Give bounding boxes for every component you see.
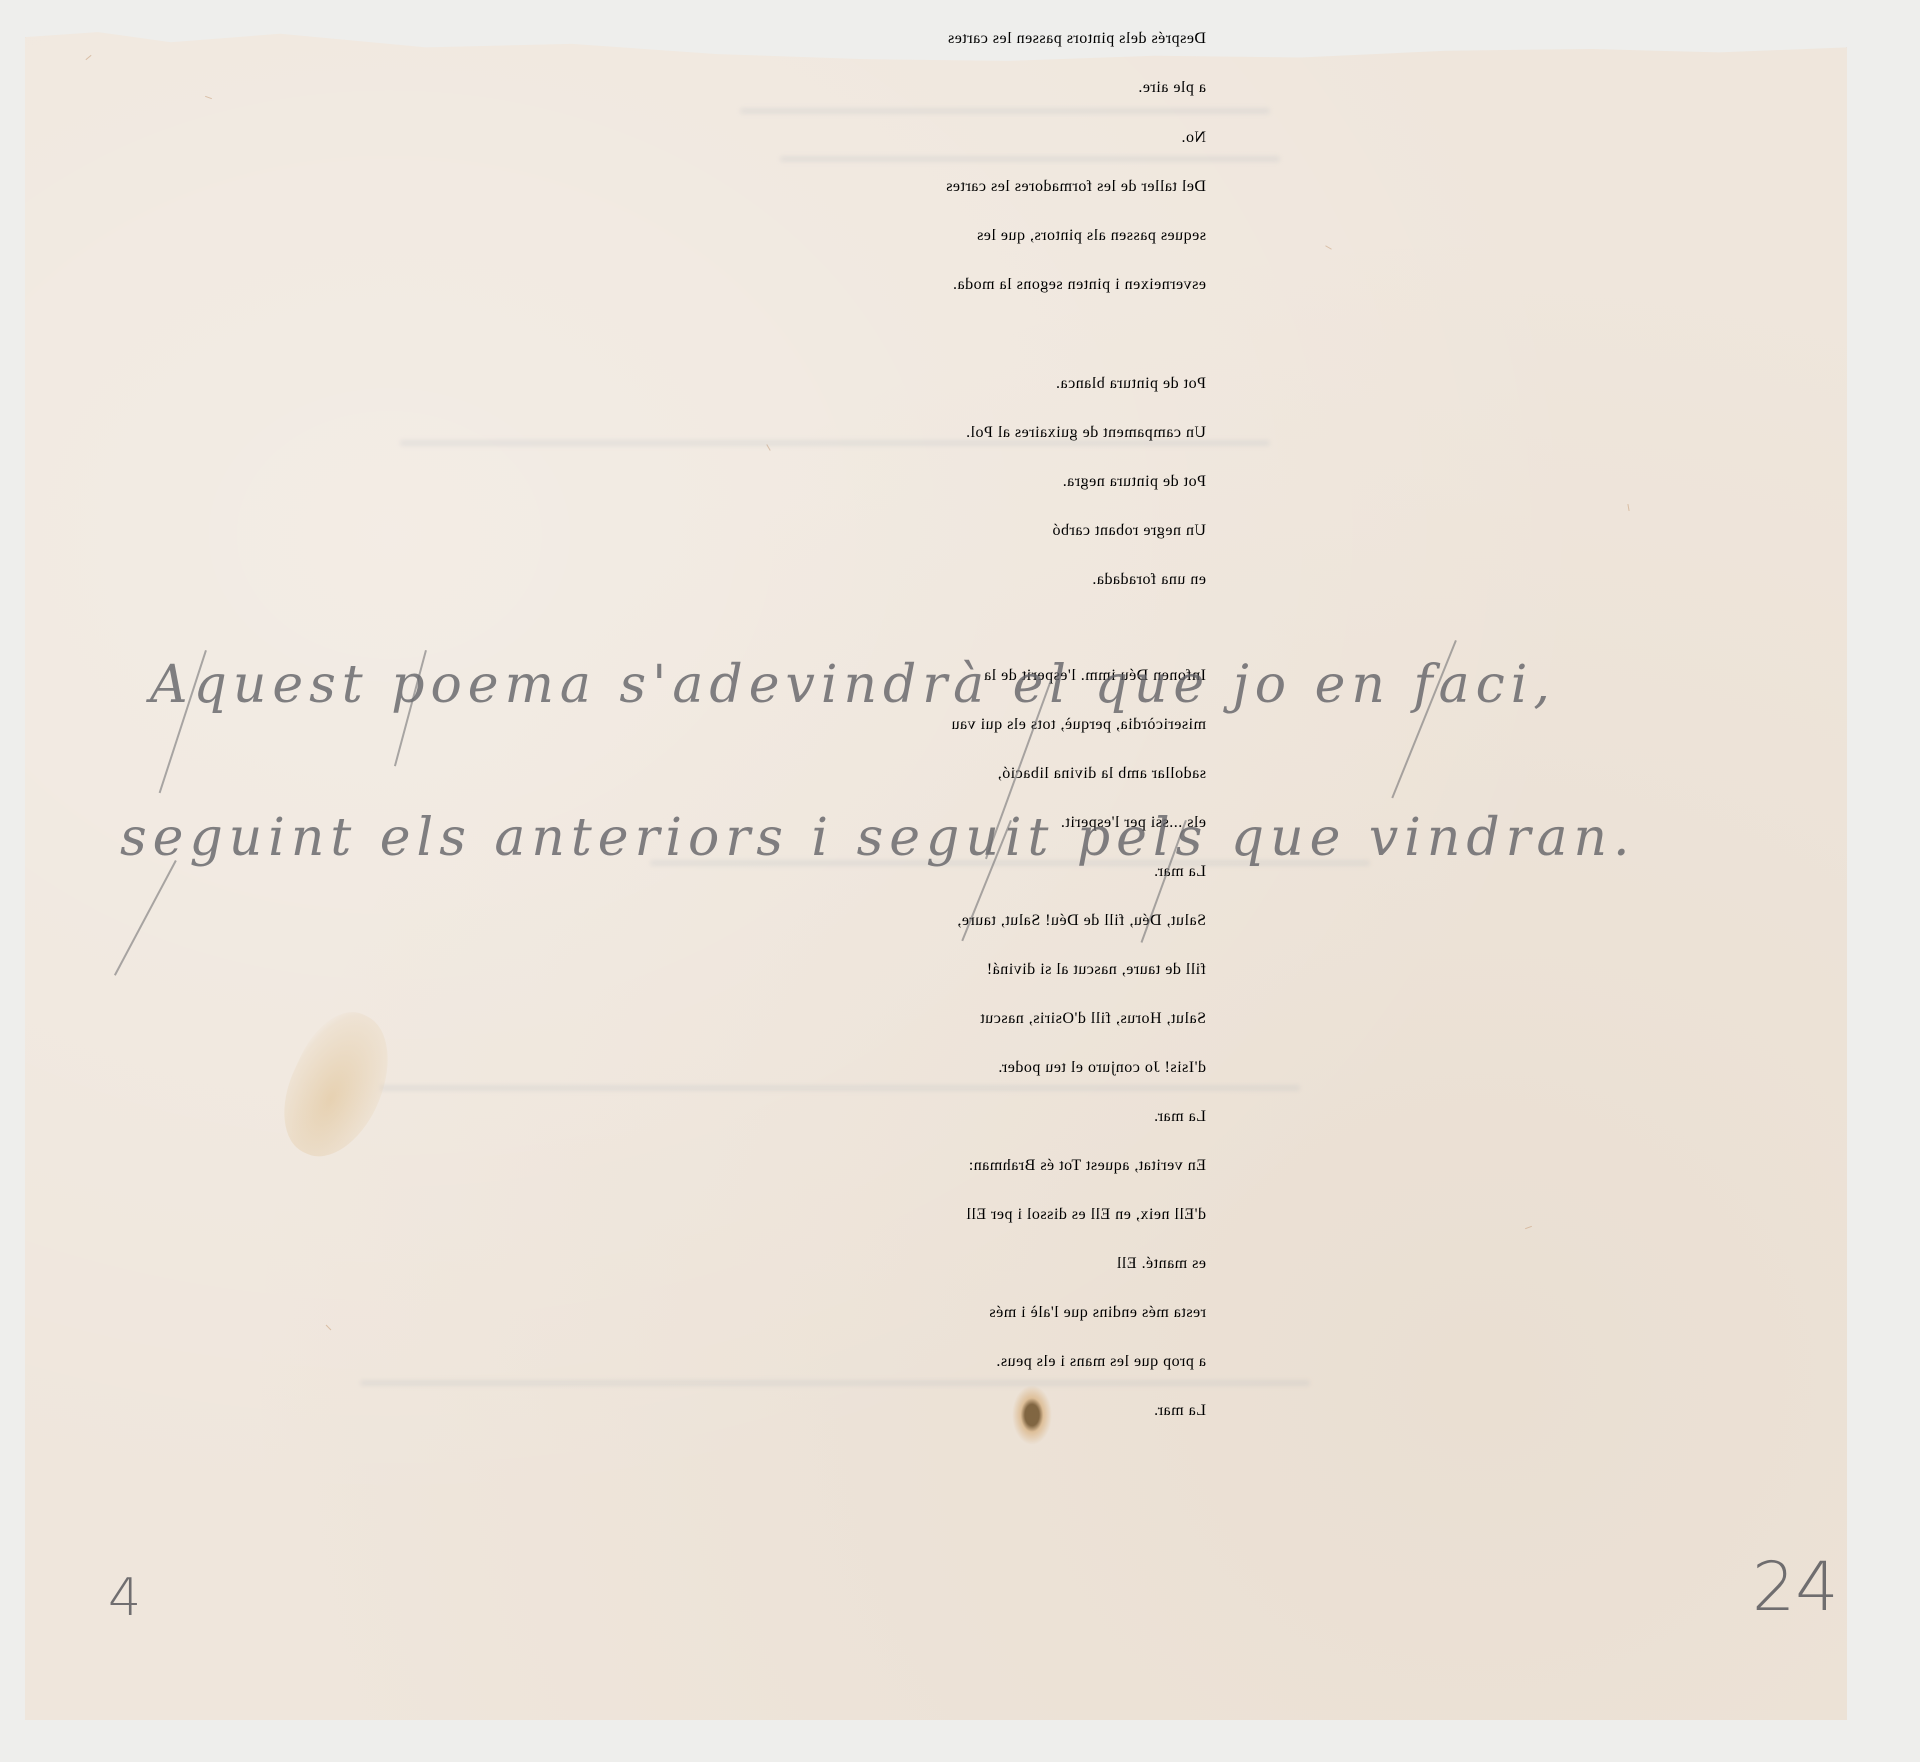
bleed-line: Del taller de les formadores les cartes — [560, 166, 1206, 208]
paper-fibre — [326, 1325, 332, 1331]
bleed-line: Un campament de guixaires al Pol. — [560, 412, 1206, 454]
bleed-line: resta més endins que l'alè i més — [560, 1292, 1206, 1334]
bleed-line: La mar. — [560, 1390, 1206, 1432]
bleed-line: esverneixen i pinten segons la moda. — [560, 264, 1206, 306]
bleed-line: Pot de pintura negra. — [560, 461, 1206, 503]
bleed-line: Salut, Déu, fill de Déu! Salut, taure, — [560, 900, 1206, 942]
bleed-line: Un negre robant carbó — [560, 510, 1206, 552]
bleed-line: Pot de pintura blanca. — [560, 363, 1206, 405]
bleed-line: Salut, Horus, fill d'Osiris, nascut — [560, 998, 1206, 1040]
paper-fibre — [1525, 1226, 1532, 1229]
bleed-line: es manté. Ell — [560, 1243, 1206, 1285]
bleed-line: d'Isis! Jo conjuro el teu poder. — [560, 1047, 1206, 1089]
bleed-line: No. — [560, 117, 1206, 159]
page-number-right: 24 — [1752, 1548, 1839, 1627]
page-number-left: 4 — [108, 1568, 141, 1628]
bleed-line: fill de taure, nascut al si diviná! — [560, 949, 1206, 991]
handwritten-line-1: Aquest poema s'adevindrà el que jo en fa… — [150, 655, 1556, 715]
bleed-line: seques passen als pintors, que les — [560, 215, 1206, 257]
bleed-line: La mar. — [560, 1096, 1206, 1138]
bleed-line: d'Ell neix, en Ell es dissol i per Ell — [560, 1194, 1206, 1236]
paper-fibre — [1627, 504, 1629, 511]
bleed-line: a ple aire. — [560, 67, 1206, 109]
burn-spot — [1012, 1385, 1052, 1445]
paper-fibre — [85, 55, 91, 60]
bleed-line: en una foradada. — [560, 559, 1206, 601]
bleed-line: En veritat, aquest Tot és Brahman: — [560, 1145, 1206, 1187]
handwritten-line-2: seguint els anteriors i seguit pels que … — [120, 808, 1636, 868]
bleed-line: sadollar amb la divina libació, — [560, 753, 1206, 795]
bleed-line: a prop que les mans i els peus. — [560, 1341, 1206, 1383]
paper-fibre — [1325, 245, 1332, 249]
bleed-line: Després dels pintors passen les cartes — [560, 18, 1206, 60]
paper-fibre — [205, 96, 212, 99]
bleed-through-text: Després dels pintors passen les cartes a… — [560, 0, 1206, 1762]
